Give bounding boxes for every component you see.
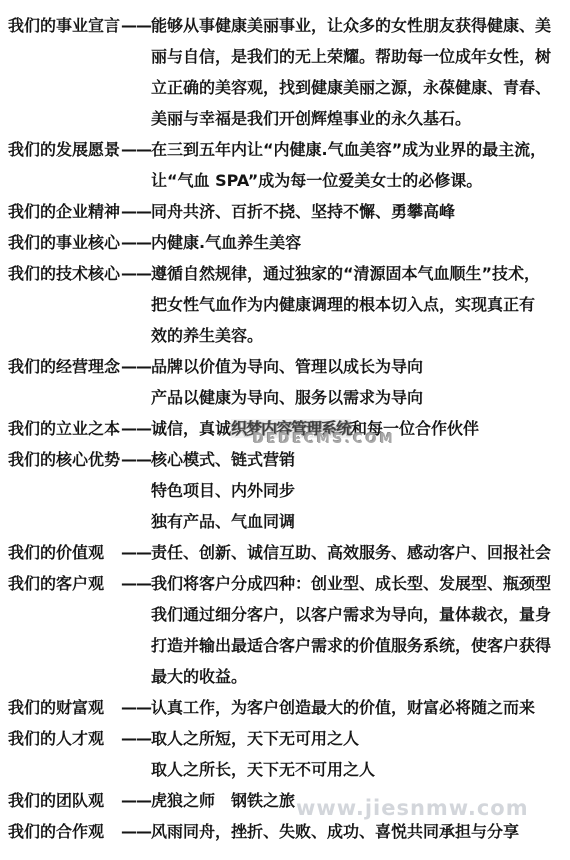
statement-label-text: 我们的立业之本 bbox=[8, 413, 120, 444]
statement-label-text: 我们的事业核心 bbox=[8, 227, 120, 258]
statement-line: 立正确的美容观，找到健康美丽之源，永葆健康、青春、 bbox=[151, 72, 570, 103]
statement-line: 美丽与幸福是我们开创辉煌事业的永久基石。 bbox=[151, 103, 570, 134]
statement-label: 我们的立业之本—— bbox=[8, 413, 151, 444]
statement-content: 遵循自然规律，通过独家的“清源固本气血顺生”技术，把女性气血作为内健康调理的根本… bbox=[151, 258, 570, 351]
statement-dash: —— bbox=[121, 537, 151, 568]
statement-row: 我们的团队观——虎狼之师 钢铁之旅 bbox=[8, 785, 570, 816]
statement-dash: —— bbox=[121, 692, 151, 723]
statement-row: 我们的客户观——我们将客户分成四种：创业型、成长型、发展型、瓶颈型我们通过细分客… bbox=[8, 568, 570, 692]
statement-line: 我们将客户分成四种：创业型、成长型、发展型、瓶颈型 bbox=[151, 568, 570, 599]
statement-label: 我们的核心优势—— bbox=[8, 444, 151, 475]
statement-content: 诚信，真诚织梦内容管理系统和每一位合作伙伴DEDECMS.COM bbox=[151, 413, 570, 444]
dedecms-url-watermark: DEDECMS.COM bbox=[253, 433, 396, 447]
statement-label: 我们的经营理念—— bbox=[8, 351, 151, 382]
statement-content: 在三到五年内让“内健康.气血美容”成为业界的最主流，让“气血 SPA”成为每一位… bbox=[151, 134, 570, 196]
statement-label-text: 我们的价值观 bbox=[8, 537, 104, 568]
statement-line: 产品以健康为导向、服务以需求为导向 bbox=[151, 382, 570, 413]
statement-line: 能够从事健康美丽事业，让众多的女性朋友获得健康、美 bbox=[151, 10, 570, 41]
statement-content: 虎狼之师 钢铁之旅 bbox=[151, 785, 570, 816]
statement-dash: —— bbox=[121, 444, 151, 475]
document-page: 我们的事业宣言——能够从事健康美丽事业，让众多的女性朋友获得健康、美丽与自信，是… bbox=[0, 0, 570, 860]
statement-row: 我们的财富观——认真工作，为客户创造最大的价值，财富必将随之而来 bbox=[8, 692, 570, 723]
statement-row: 我们的经营理念——品牌以价值为导向、管理以成长为导向产品以健康为导向、服务以需求… bbox=[8, 351, 570, 413]
statement-label-text: 我们的经营理念 bbox=[8, 351, 120, 382]
statement-content: 我们将客户分成四种：创业型、成长型、发展型、瓶颈型我们通过细分客户，以客户需求为… bbox=[151, 568, 570, 692]
document-body: 我们的事业宣言——能够从事健康美丽事业，让众多的女性朋友获得健康、美丽与自信，是… bbox=[8, 10, 570, 847]
statement-label-text: 我们的技术核心 bbox=[8, 258, 120, 289]
statement-line: 打造并输出最适合客户需求的价值服务系统，使客户获得 bbox=[151, 630, 570, 661]
statement-line: 责任、创新、诚信互助、高效服务、感动客户、回报社会 bbox=[151, 537, 570, 568]
statement-label-text: 我们的企业精神 bbox=[8, 196, 120, 227]
statement-line: 同舟共济、百折不挠、坚持不懈、勇攀高峰 bbox=[151, 196, 570, 227]
statement-content: 同舟共济、百折不挠、坚持不懈、勇攀高峰 bbox=[151, 196, 570, 227]
statement-label-text: 我们的发展愿景 bbox=[8, 134, 120, 165]
statement-line: 让“气血 SPA”成为每一位爱美女士的必修课。 bbox=[151, 165, 570, 196]
statement-row: 我们的企业精神——同舟共济、百折不挠、坚持不懈、勇攀高峰 bbox=[8, 196, 570, 227]
statement-line: 认真工作，为客户创造最大的价值，财富必将随之而来 bbox=[151, 692, 570, 723]
statement-line: 把女性气血作为内健康调理的根本切入点，实现真正有 bbox=[151, 289, 570, 320]
statement-dash: —— bbox=[121, 134, 151, 165]
statement-label-text: 我们的团队观 bbox=[8, 785, 104, 816]
statement-line: 核心模式、链式营销 bbox=[151, 444, 570, 475]
statement-line: 遵循自然规律，通过独家的“清源固本气血顺生”技术， bbox=[151, 258, 570, 289]
statement-row: 我们的技术核心——遵循自然规律，通过独家的“清源固本气血顺生”技术，把女性气血作… bbox=[8, 258, 570, 351]
statement-label: 我们的企业精神—— bbox=[8, 196, 151, 227]
statement-label: 我们的事业核心—— bbox=[8, 227, 151, 258]
statement-dash: —— bbox=[121, 10, 151, 41]
statement-label: 我们的合作观—— bbox=[8, 816, 151, 847]
statement-line: 在三到五年内让“内健康.气血美容”成为业界的最主流， bbox=[151, 134, 570, 165]
statement-content: 核心模式、链式营销特色项目、内外同步独有产品、气血同调 bbox=[151, 444, 570, 537]
statement-dash: —— bbox=[121, 196, 151, 227]
statement-label-text: 我们的核心优势 bbox=[8, 444, 120, 475]
statement-line: 虎狼之师 钢铁之旅 bbox=[151, 785, 570, 816]
statement-label: 我们的发展愿景—— bbox=[8, 134, 151, 165]
statement-content: 品牌以价值为导向、管理以成长为导向产品以健康为导向、服务以需求为导向 bbox=[151, 351, 570, 413]
statement-label-text: 我们的客户观 bbox=[8, 568, 104, 599]
statement-label: 我们的客户观—— bbox=[8, 568, 151, 599]
statement-line: 取人之所长，天下无不可用之人 bbox=[151, 754, 570, 785]
statement-row: 我们的发展愿景——在三到五年内让“内健康.气血美容”成为业界的最主流，让“气血 … bbox=[8, 134, 570, 196]
statement-row: 我们的价值观——责任、创新、诚信互助、高效服务、感动客户、回报社会 bbox=[8, 537, 570, 568]
statement-dash: —— bbox=[121, 568, 151, 599]
statement-row: 我们的核心优势——核心模式、链式营销特色项目、内外同步独有产品、气血同调 bbox=[8, 444, 570, 537]
statement-label: 我们的技术核心—— bbox=[8, 258, 151, 289]
statement-line: 特色项目、内外同步 bbox=[151, 475, 570, 506]
statement-line: 丽与自信，是我们的无上荣耀。帮助每一位成年女性，树 bbox=[151, 41, 570, 72]
statement-line: 品牌以价值为导向、管理以成长为导向 bbox=[151, 351, 570, 382]
statement-content: 风雨同舟，挫折、失败、成功、喜悦共同承担与分享 bbox=[151, 816, 570, 847]
statement-label: 我们的事业宣言—— bbox=[8, 10, 151, 41]
statement-dash: —— bbox=[121, 413, 151, 444]
statement-line: 最大的收益。 bbox=[151, 661, 570, 692]
statement-content: 认真工作，为客户创造最大的价值，财富必将随之而来 bbox=[151, 692, 570, 723]
statement-line-prefix: 诚信，真诚 bbox=[151, 419, 231, 438]
statement-dash: —— bbox=[121, 351, 151, 382]
statement-line: 独有产品、气血同调 bbox=[151, 506, 570, 537]
statement-label-text: 我们的人才观 bbox=[8, 723, 104, 754]
statement-label-text: 我们的合作观 bbox=[8, 816, 104, 847]
statement-label: 我们的价值观—— bbox=[8, 537, 151, 568]
statement-content: 能够从事健康美丽事业，让众多的女性朋友获得健康、美丽与自信，是我们的无上荣耀。帮… bbox=[151, 10, 570, 134]
statement-line: 效的养生美容。 bbox=[151, 320, 570, 351]
statement-label-text: 我们的事业宣言 bbox=[8, 10, 120, 41]
statement-label: 我们的财富观—— bbox=[8, 692, 151, 723]
statement-content: 责任、创新、诚信互助、高效服务、感动客户、回报社会 bbox=[151, 537, 570, 568]
statement-label: 我们的人才观—— bbox=[8, 723, 151, 754]
statement-dash: —— bbox=[121, 227, 151, 258]
statement-row: 我们的立业之本——诚信，真诚织梦内容管理系统和每一位合作伙伴DEDECMS.CO… bbox=[8, 413, 570, 444]
statement-line: 取人之所短，天下无可用之人 bbox=[151, 723, 570, 754]
statement-row: 我们的合作观——风雨同舟，挫折、失败、成功、喜悦共同承担与分享 bbox=[8, 816, 570, 847]
statement-dash: —— bbox=[121, 785, 151, 816]
statement-dash: —— bbox=[121, 816, 151, 847]
statement-content: 内健康.气血养生美容 bbox=[151, 227, 570, 258]
statement-dash: —— bbox=[121, 258, 151, 289]
statement-label-text: 我们的财富观 bbox=[8, 692, 104, 723]
statement-row: 我们的事业宣言——能够从事健康美丽事业，让众多的女性朋友获得健康、美丽与自信，是… bbox=[8, 10, 570, 134]
statement-label: 我们的团队观—— bbox=[8, 785, 151, 816]
statement-line: 我们通过细分客户，以客户需求为导向，量体裁衣，量身 bbox=[151, 599, 570, 630]
statement-content: 取人之所短，天下无可用之人取人之所长，天下无不可用之人 bbox=[151, 723, 570, 785]
statement-row: 我们的事业核心——内健康.气血养生美容 bbox=[8, 227, 570, 258]
statement-row: 我们的人才观——取人之所短，天下无可用之人取人之所长，天下无不可用之人 bbox=[8, 723, 570, 785]
statement-line: 风雨同舟，挫折、失败、成功、喜悦共同承担与分享 bbox=[151, 816, 570, 847]
statement-line: 内健康.气血养生美容 bbox=[151, 227, 570, 258]
statement-dash: —— bbox=[121, 723, 151, 754]
